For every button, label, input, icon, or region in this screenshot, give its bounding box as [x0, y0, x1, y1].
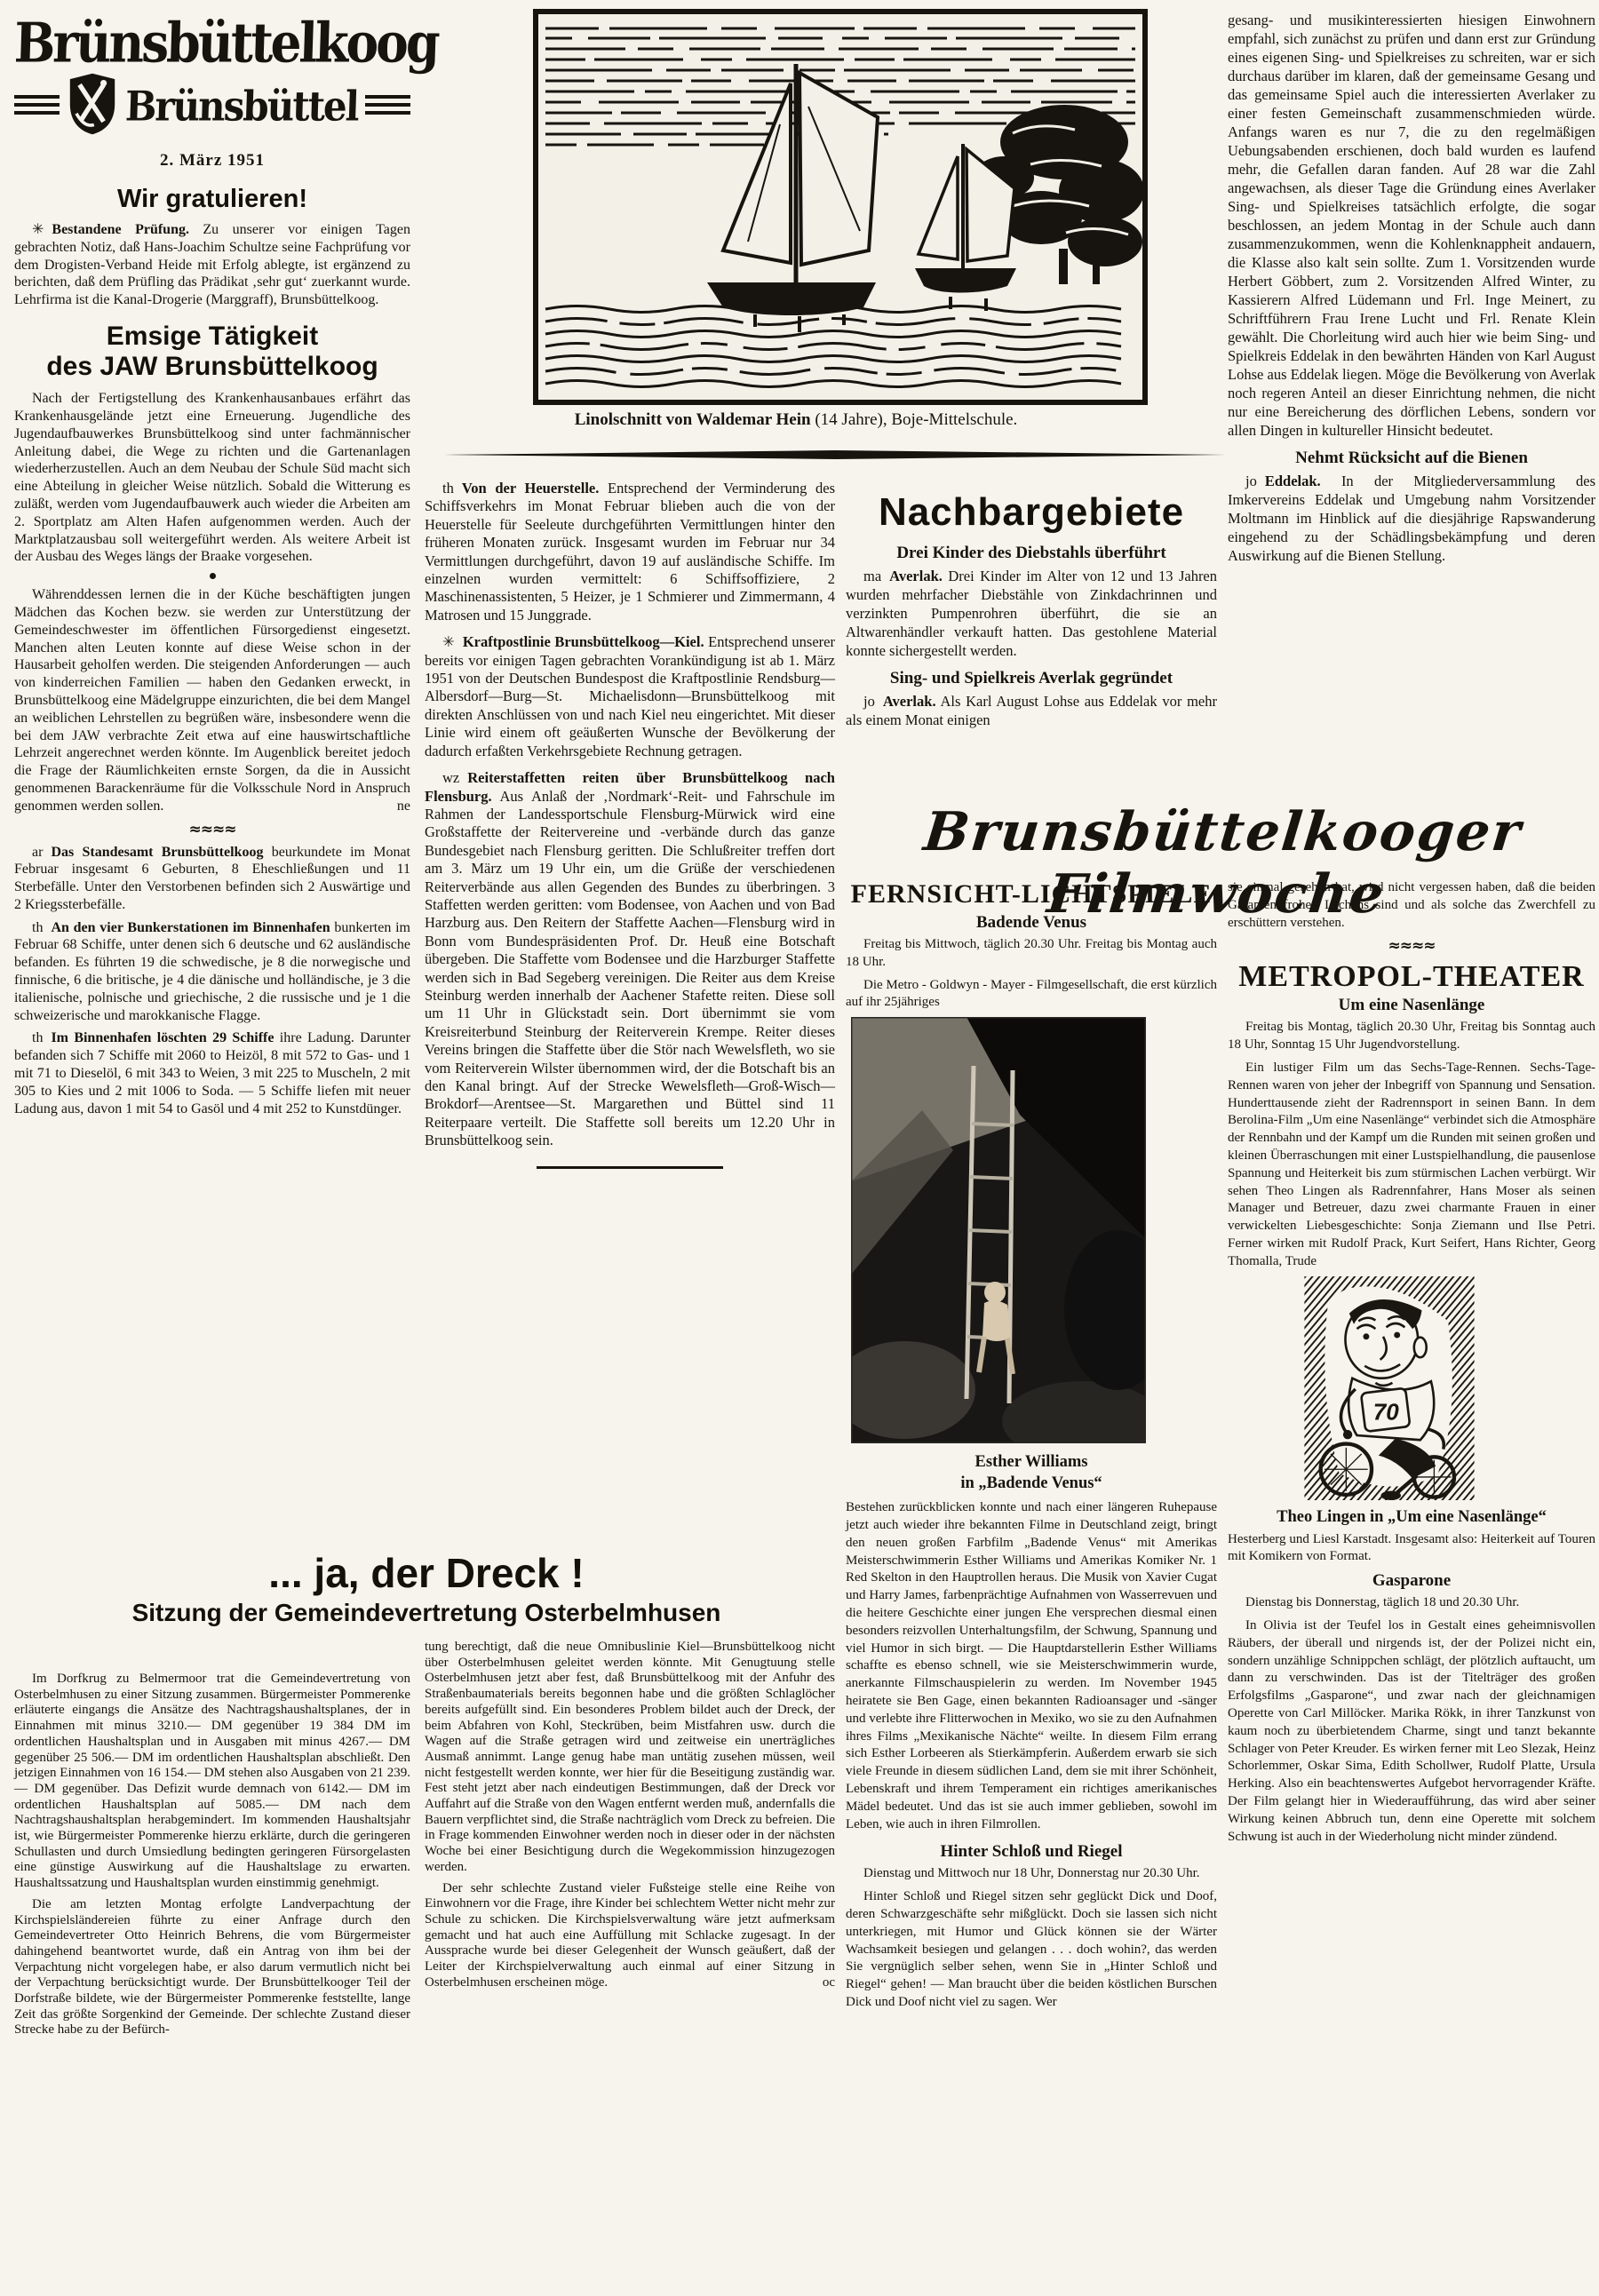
note-binnenhafen: thIm Binnenhafen löschten 29 Schiffe ihr… [14, 1029, 410, 1117]
badende-venus-text: Bestehen zurückblicken konnte und nach e… [846, 1499, 1217, 1833]
note-lead: Eddelak. [1265, 473, 1321, 489]
esther-photo-caption: Esther Williams in „Badende Venus“ [846, 1451, 1217, 1494]
hinter-schloss-text: Hinter Schloß und Riegel sitzen sehr geg… [846, 1888, 1217, 2012]
squiggle-divider: ≈≈≈≈ [14, 821, 410, 838]
column-1: Brünsbüttelkoog Brünsbüttel 2. März 1951 [14, 9, 410, 1123]
note-mark: th [32, 920, 43, 935]
nasenlaenge-text-2: Hesterberg und Liesl Karstadt. Insgesamt… [1228, 1531, 1595, 1567]
headline-nachbargebiete: Nachbargebiete [846, 490, 1217, 535]
author-initials: oc [805, 1975, 835, 1991]
newspaper-page: Brünsbüttelkoog Brünsbüttel 2. März 1951 [0, 0, 1599, 2296]
headline-fernsicht: FERNSICHT-LICHTSPIELE [846, 879, 1217, 910]
note-reiterstaffetten: wzReiterstaffetten reiten über Brunsbütt… [425, 769, 835, 1150]
fernsicht-section: FERNSICHT-LICHTSPIELE Badende Venus Frei… [846, 879, 1217, 2017]
dreck-paragraph-1: Im Dorfkrug zu Belmermoor trat die Gemei… [14, 1672, 410, 1892]
note-lead: Das Standesamt Brunsbüttelkoog [51, 845, 263, 860]
note-text: Entsprechend der Verminderung des Schiff… [425, 480, 835, 624]
linocut-caption-bold: Linolschnitt von Waldemar Hein [575, 410, 811, 429]
caricature-caption: Theo Lingen in „Um eine Nasenlänge“ [1228, 1506, 1595, 1528]
dot-divider [210, 573, 216, 579]
column-2: thVon der Heuerstelle. Entsprechend der … [425, 480, 835, 1169]
dreck-paragraph-4: Der sehr schlechte Zustand vieler Fußste… [425, 1881, 835, 1991]
squiggle-divider: ≈≈≈≈ [1228, 937, 1595, 955]
film-title-hinter-schloss: Hinter Schloß und Riegel [846, 1842, 1217, 1862]
subhead-bienen: Nehmt Rücksicht auf die Bienen [1228, 449, 1595, 468]
film-title-nasenlaenge: Um eine Nasenlänge [1228, 996, 1595, 1015]
note-standesamt: arDas Standesamt Brunsbüttelkoog beurkun… [14, 844, 410, 914]
theo-lingen-caricature: 70 [1292, 1276, 1595, 1505]
note-mark: ✳ [32, 222, 44, 237]
showtimes-badende-venus: Freitag bis Mittwoch, täglich 20.30 Uhr.… [846, 936, 1217, 972]
note-mark: ar [32, 845, 43, 860]
nachbargebiete-section: Nachbargebiete Drei Kinder des Diebstahl… [846, 490, 1217, 735]
caption-line-2: in „Badende Venus“ [846, 1473, 1217, 1494]
note-mark: jo [863, 693, 875, 710]
film-title-gasparone: Gasparone [1228, 1571, 1595, 1591]
note-mark: ma [863, 568, 881, 584]
masthead: Brünsbüttelkoog Brünsbüttel 2. März 1951 [14, 18, 410, 171]
note-lead: Von der Heuerstelle. [462, 480, 600, 497]
note-mark: wz [442, 769, 459, 786]
nasenlaenge-text: Ein lustiger Film um das Sechs-Tage-Renn… [1228, 1060, 1595, 1271]
subhead-diebstahl: Drei Kinder des Diebstahls überführt [846, 544, 1217, 563]
note-mark: jo [1245, 473, 1257, 489]
showtimes-gasparone: Dienstag bis Donnerstag, täglich 18 und … [1228, 1594, 1595, 1612]
article-singkreis: joAverlak. Als Karl August Lohse aus Edd… [846, 692, 1217, 729]
town-shield-icon [67, 72, 118, 140]
note-mark: ✳ [442, 633, 455, 650]
note-text: bunkerten im Februar 68 Schiffe, unter d… [14, 920, 410, 1023]
singkreis-continuation: gesang- und musikinteressierten hiesigen… [1228, 11, 1595, 440]
jaw-paragraph-2-text: Währenddessen lernen die in der Küche be… [14, 587, 410, 814]
note-heuerstelle: thVon der Heuerstelle. Entsprechend der … [425, 480, 835, 624]
section-rule [537, 1166, 723, 1169]
dreck-column-2: tung berechtigt, daß die neue Omnibuslin… [425, 1640, 835, 1996]
subhead-sitzung: Sitzung der Gemeindevertretung Osterbelm… [36, 1599, 817, 1627]
banner-stripes-left [14, 95, 60, 118]
headline-dreck: ... ja, der Dreck ! [36, 1553, 817, 1593]
jaw-paragraph-1: Nach der Fertigstellung des Krankenhausa… [14, 390, 410, 566]
dreck-paragraph-4-text: Der sehr schlechte Zustand vieler Fußste… [425, 1881, 835, 1990]
dreck-headline-block: ... ja, der Dreck ! Sitzung der Gemeinde… [36, 1553, 817, 1627]
note-bunkerstationen: thAn den vier Bunkerstationen im Binnenh… [14, 919, 410, 1025]
headline-jaw: Emsige Tätigkeit des JAW Brunsbüttelkoog [14, 322, 410, 381]
linocut-caption: Linolschnitt von Waldemar Hein (14 Jahre… [426, 410, 1165, 430]
author-initials: ne [379, 798, 410, 815]
subhead-singkreis: Sing- und Spielkreis Averlak gegründet [846, 669, 1217, 688]
issue-date: 2. März 1951 [14, 151, 410, 171]
jaw-paragraph-2: Währenddessen lernen die in der Küche be… [14, 586, 410, 814]
note-mark: th [442, 480, 454, 497]
showtimes-nasenlaenge: Freitag bis Montag, täglich 20.30 Uhr, F… [1228, 1019, 1595, 1054]
headline-jaw-line2: des JAW Brunsbüttelkoog [14, 352, 410, 382]
linocut-caption-rest: (14 Jahre), Boje-Mittelschule. [815, 410, 1017, 429]
note-text: Entsprechend unserer bereits vor einigen… [425, 633, 835, 759]
film-title-badende-venus: Badende Venus [846, 913, 1217, 933]
column-4-top: gesang- und musikinteressierten hiesigen… [1228, 11, 1595, 570]
dreck-paragraph-3: tung berechtigt, daß die neue Omnibuslin… [425, 1640, 835, 1876]
headline-metropol: METROPOL-THEATER [1228, 960, 1595, 994]
dreck-paragraph-2: Die am letzten Montag erfolgte Landverpa… [14, 1897, 410, 2038]
tapered-rule [444, 449, 1226, 460]
caption-line-1: Esther Williams [846, 1451, 1217, 1473]
dreck-column-1: Im Dorfkrug zu Belmermoor trat die Gemei… [14, 1672, 410, 2044]
esther-photo [851, 1017, 1217, 1448]
note-kraftpostlinie: ✳Kraftpostlinie Brunsbüttelkoog—Kiel. En… [425, 633, 835, 760]
showtimes-hinter-schloss: Dienstag und Mittwoch nur 18 Uhr, Donner… [846, 1865, 1217, 1883]
badende-venus-intro: Die Metro - Goldwyn - Mayer - Filmgesell… [846, 977, 1217, 1013]
note-text: Aus Anlaß der ‚Nordmark‘-Reit- und Fahrs… [425, 788, 835, 1149]
svg-text:70: 70 [1373, 1398, 1399, 1425]
banner-stripes-right [365, 95, 410, 118]
note-lead: Kraftpostlinie Brunsbüttelkoog—Kiel. [463, 633, 704, 650]
metropol-section: sie einmal gesehen hat, wird nicht verge… [1228, 879, 1595, 1851]
note-lead: Im Binnenhafen löschten 29 Schiffe [51, 1030, 274, 1045]
note-lead: Averlak. [889, 568, 943, 584]
article-lead: Bestandene Prüfung. [52, 222, 189, 237]
hinter-schloss-continuation: sie einmal gesehen hat, wird nicht verge… [1228, 879, 1595, 932]
article-diebstahl: maAverlak. Drei Kinder im Alter von 12 u… [846, 567, 1217, 660]
masthead-title-line1: Brünsbüttelkoog [13, 15, 411, 70]
note-mark: th [32, 1030, 43, 1045]
headline-jaw-line1: Emsige Tätigkeit [14, 322, 410, 352]
headline-wir-gratulieren: Wir gratulieren! [14, 185, 410, 214]
note-lead: Averlak. [883, 693, 936, 710]
masthead-title-line2: Brünsbüttel [124, 85, 358, 126]
gasparone-text: In Olivia ist der Teufel los in Gestalt … [1228, 1617, 1595, 1846]
article-bienen: joEddelak. In der Mitgliederversammlung … [1228, 472, 1595, 565]
note-lead: An den vier Bunkerstationen im Binnenhaf… [51, 920, 330, 935]
linocut-image [533, 9, 1148, 409]
article-pruefung: ✳Bestandene Prüfung. Zu unserer vor eini… [14, 221, 410, 309]
